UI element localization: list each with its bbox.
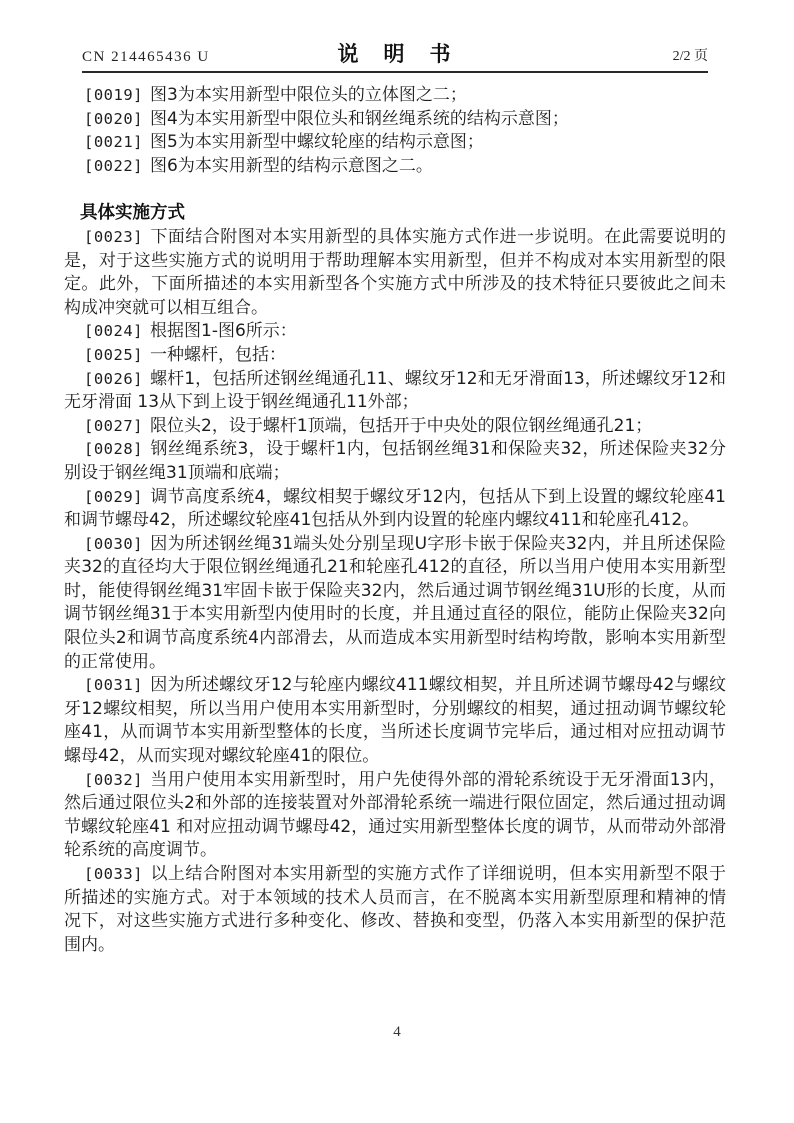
- paragraph-number: [0024]: [84, 320, 150, 344]
- paragraph-number: [0022]: [84, 155, 150, 179]
- paragraph: [0019]图3为本实用新型中限位头的立体图之二；: [64, 84, 726, 108]
- paragraph-number: [0029]: [84, 486, 150, 510]
- figure-description-list: [0019]图3为本实用新型中限位头的立体图之二； [0020]图4为本实用新型…: [64, 84, 726, 178]
- paragraph-text: 下面结合附图对本实用新型的具体实施方式作进一步说明。在此需要说明的是，对于这些实…: [64, 227, 726, 318]
- header-rule: [82, 71, 708, 73]
- paragraph-text: 因为所述钢丝绳31端头处分别呈现U字形卡嵌于保险夹32内，并且所述保险夹32的直…: [64, 534, 726, 672]
- paragraph-number: [0027]: [84, 415, 150, 439]
- paragraph-number: [0026]: [84, 368, 150, 392]
- paragraph: [0022]图6为本实用新型的结构示意图之二。: [64, 155, 726, 179]
- paragraph: [0031]因为所述螺纹牙12与轮座内螺纹411螺纹相契，并且所述调节螺母42与…: [64, 674, 726, 768]
- paragraph-text: 螺杆1，包括所述钢丝绳通孔11、螺纹牙12和无牙滑面13，所述螺纹牙12和无牙滑…: [64, 369, 726, 413]
- paragraph: [0032]当用户使用本实用新型时，用户先使得外部的滑轮系统设于无牙滑面13内，…: [64, 769, 726, 863]
- patent-number: CN 214465436 U: [82, 49, 210, 66]
- paragraph: [0033]以上结合附图对本实用新型的实施方式作了详细说明，但本实用新型不限于所…: [64, 863, 726, 957]
- paragraph-number: [0031]: [84, 674, 150, 698]
- paragraph-number: [0033]: [84, 863, 150, 887]
- paragraph: [0023]下面结合附图对本实用新型的具体实施方式作进一步说明。在此需要说明的是…: [64, 226, 726, 320]
- paragraph: [0025]一种螺杆，包括：: [64, 344, 726, 368]
- paragraph-number: [0019]: [84, 84, 150, 108]
- paragraph-text: 当用户使用本实用新型时，用户先使得外部的滑轮系统设于无牙滑面13内，然后通过限位…: [64, 770, 726, 861]
- embodiment-paragraph-list: [0023]下面结合附图对本实用新型的具体实施方式作进一步说明。在此需要说明的是…: [64, 226, 726, 957]
- paragraph-text: 一种螺杆，包括：: [150, 345, 286, 365]
- paragraph: [0030]因为所述钢丝绳31端头处分别呈现U字形卡嵌于保险夹32内，并且所述保…: [64, 533, 726, 675]
- paragraph-number: [0021]: [84, 131, 150, 155]
- paragraph-text: 图6为本实用新型的结构示意图之二。: [150, 156, 433, 176]
- paragraph-number: [0025]: [84, 344, 150, 368]
- paragraph: [0028]钢丝绳系统3，设于螺杆1内，包括钢丝绳31和保险夹32，所述保险夹3…: [64, 438, 726, 485]
- page-indicator: 2/2 页: [673, 45, 708, 65]
- paragraph: [0027]限位头2，设于螺杆1顶端，包括开于中央处的限位钢丝绳通孔21；: [64, 415, 726, 439]
- paragraph: [0024]根据图1-图6所示：: [64, 320, 726, 344]
- paragraph-number: [0028]: [84, 438, 150, 462]
- paragraph-number: [0023]: [84, 226, 150, 250]
- paragraph-text: 限位头2，设于螺杆1顶端，包括开于中央处的限位钢丝绳通孔21；: [150, 416, 652, 436]
- paragraph-text: 因为所述螺纹牙12与轮座内螺纹411螺纹相契，并且所述调节螺母42与螺纹牙12螺…: [64, 675, 726, 766]
- paragraph-text: 根据图1-图6所示：: [150, 321, 297, 341]
- paragraph-text: 图3为本实用新型中限位头的立体图之二；: [150, 85, 467, 105]
- page-number: 4: [393, 1024, 401, 1040]
- paragraph: [0026]螺杆1，包括所述钢丝绳通孔11、螺纹牙12和无牙滑面13，所述螺纹牙…: [64, 368, 726, 415]
- paragraph: [0020]图4为本实用新型中限位头和钢丝绳系统的结构示意图；: [64, 108, 726, 132]
- paragraph: [0029]调节高度系统4，螺纹相契于螺纹牙12内，包括从下到上设置的螺纹轮座4…: [64, 486, 726, 533]
- paragraph-text: 图5为本实用新型中螺纹轮座的结构示意图；: [150, 132, 484, 152]
- paragraph-text: 钢丝绳系统3，设于螺杆1内，包括钢丝绳31和保险夹32，所述保险夹32分别设于钢…: [64, 439, 726, 483]
- paragraph-text: 图4为本实用新型中限位头和钢丝绳系统的结构示意图；: [150, 109, 569, 129]
- section-heading: 具体实施方式: [64, 202, 726, 226]
- paragraph-number: [0032]: [84, 769, 150, 793]
- paragraph-text: 调节高度系统4，螺纹相契于螺纹牙12内，包括从下到上设置的螺纹轮座41和调节螺母…: [64, 487, 726, 531]
- document-body: [0019]图3为本实用新型中限位头的立体图之二； [0020]图4为本实用新型…: [64, 84, 726, 957]
- paragraph-number: [0020]: [84, 108, 150, 132]
- page-footer: 4: [0, 1024, 794, 1041]
- paragraph-text: 以上结合附图对本实用新型的实施方式作了详细说明，但本实用新型不限于所描述的实施方…: [64, 864, 726, 955]
- paragraph-number: [0030]: [84, 533, 150, 557]
- document-title: 说 明 书: [338, 38, 453, 68]
- page-header: CN 214465436 U 说 明 书 2/2 页: [82, 40, 708, 68]
- patent-specification-page: CN 214465436 U 说 明 书 2/2 页 [0019]图3为本实用新…: [0, 0, 794, 1123]
- paragraph: [0021]图5为本实用新型中螺纹轮座的结构示意图；: [64, 131, 726, 155]
